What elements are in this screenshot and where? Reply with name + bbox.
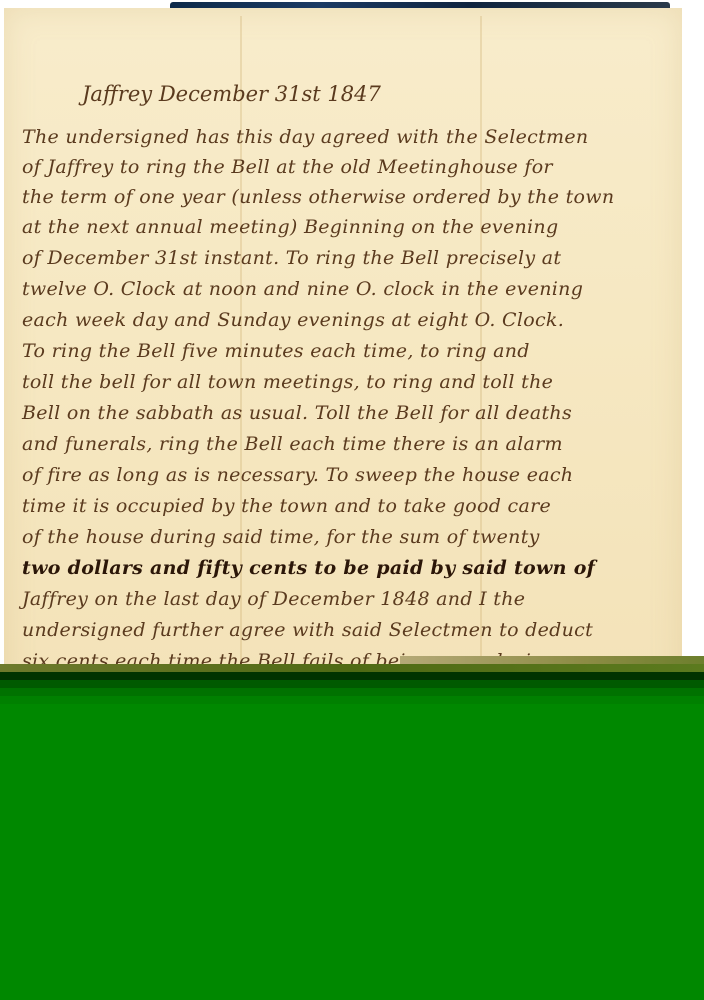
letter-line: time it is occupied by the town and to t… bbox=[22, 495, 551, 517]
overlay-band bbox=[400, 656, 704, 664]
letter-line-emphasized: two dollars and fifty cents to be paid b… bbox=[22, 557, 595, 579]
letter-line: To ring the Bell five minutes each time,… bbox=[22, 340, 530, 362]
letter-line: The undersigned has this day agreed with… bbox=[22, 126, 588, 148]
letter-line: at the next annual meeting) Beginning on… bbox=[22, 216, 558, 238]
letter-line: of December 31st instant. To ring the Be… bbox=[22, 247, 561, 269]
letter-line: Jaffrey on the last day of December 1848… bbox=[22, 588, 525, 610]
letter-dateline: Jaffrey December 31st 1847 bbox=[82, 82, 381, 106]
overlay-band bbox=[0, 672, 704, 680]
overlay-band bbox=[0, 680, 704, 688]
overlay-band bbox=[0, 696, 704, 704]
letter-line: of Jaffrey to ring the Bell at the old M… bbox=[22, 156, 553, 178]
overlay-band bbox=[0, 664, 704, 672]
letter-line: toll the bell for all town meetings, to … bbox=[22, 371, 553, 393]
letter-line: and funerals, ring the Bell each time th… bbox=[22, 433, 563, 455]
letter-line: of the house during said time, for the s… bbox=[22, 526, 540, 548]
green-overlay-region bbox=[0, 664, 704, 1000]
letter-line: twelve O. Clock at noon and nine O. cloc… bbox=[22, 278, 583, 300]
overlay-band bbox=[0, 688, 704, 696]
letter-line: each week day and Sunday evenings at eig… bbox=[22, 309, 564, 331]
letter-line: undersigned further agree with said Sele… bbox=[22, 619, 593, 641]
letter-line: Bell on the sabbath as usual. Toll the B… bbox=[22, 402, 572, 424]
letter-line: of fire as long as is necessary. To swee… bbox=[22, 464, 573, 486]
letter-line: the term of one year (unless otherwise o… bbox=[22, 186, 614, 208]
scan-viewport: Jaffrey December 31st 1847 The undersign… bbox=[0, 0, 704, 1000]
